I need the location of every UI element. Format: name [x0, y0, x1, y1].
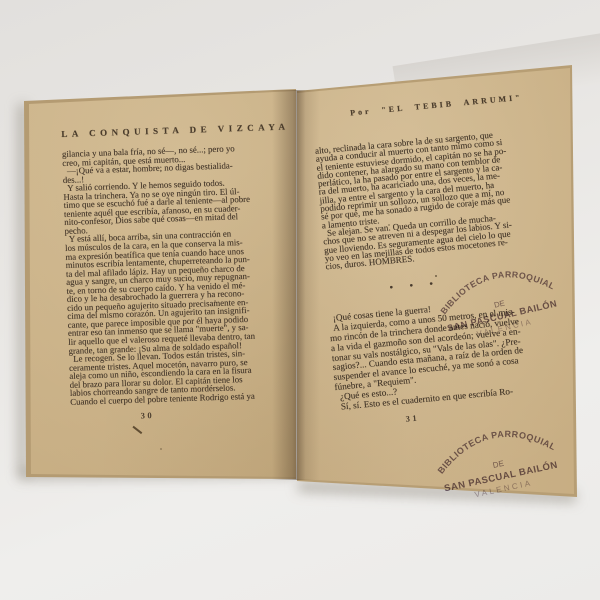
- stamp-line-de: DE: [492, 459, 505, 470]
- stamp-line-de: DE: [493, 298, 506, 309]
- page-number-right: 31: [405, 413, 419, 424]
- left-page-text: gilancia y una bala fría, no sé—, no sé.…: [62, 143, 278, 406]
- paper-speck: [388, 224, 390, 226]
- left-page-content: LA CONQUISTA DE VIZCAYA gilancia y una b…: [30, 87, 307, 424]
- paper-speck: [214, 300, 216, 302]
- page-number-left: 30: [141, 410, 155, 420]
- running-header-right: Por "EL TEBIB ARRUMI": [307, 89, 565, 121]
- paper-speck: [160, 448, 162, 450]
- book-photo: LA CONQUISTA DE VIZCAYA gilancia y una b…: [0, 0, 600, 600]
- running-header-left: LA CONQUISTA DE VIZCAYA: [61, 122, 283, 139]
